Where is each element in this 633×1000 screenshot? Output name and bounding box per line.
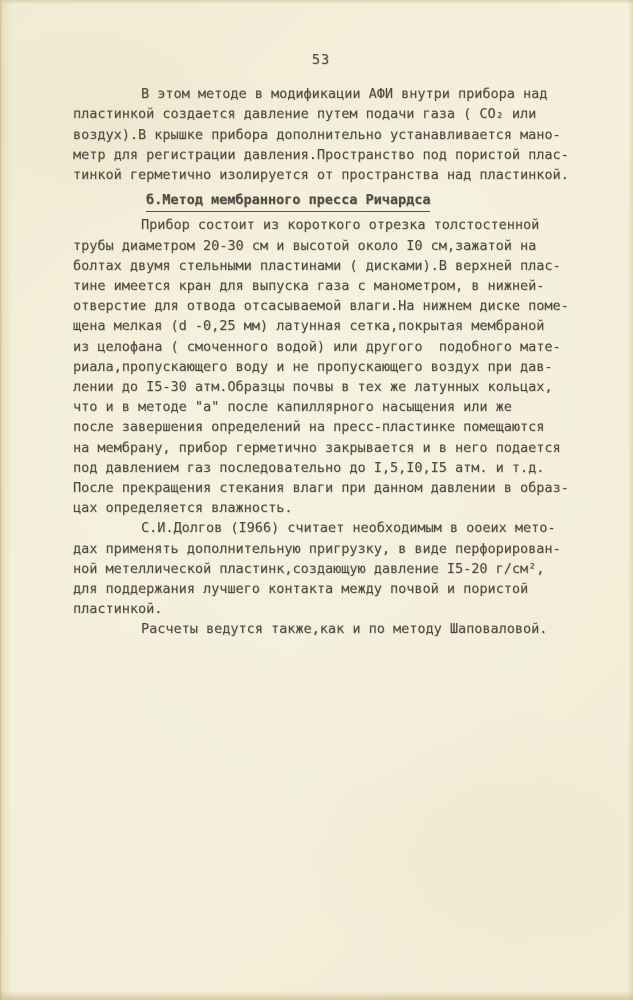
text-line: лении до I5-30 атм.Образцы почвы в тех ж… [73,377,569,397]
text-line: после завершения определений на пресс-пл… [73,417,569,437]
text-line: под давлением газ последовательно до I,5… [73,458,569,478]
paragraph: В этом методе в модификации АФИ внутри п… [73,84,569,185]
text-line: цах определяется влажность. [73,498,569,518]
text-line: тинкой герметично изолируется от простра… [73,165,569,185]
paragraph: С.И.Долгов (I966) считает необходимым в … [73,518,569,619]
text-line: б.Метод мембранного пресса Ричардса [146,190,430,212]
page-edge-bottom [0,991,633,1000]
text-line: пластинкой. [73,599,569,619]
text-line: что и в методе "а" после капиллярного на… [73,397,569,417]
text-line: тине имеется кран для выпуска газа с ман… [73,276,569,296]
text-line: дах применять дополнительную пригрузку, … [73,539,569,559]
text-line: Прибор состоит из короткого отрезка толс… [73,215,569,235]
page-edge-right [628,0,633,1000]
text-line: трубы диаметром 20-30 см и высотой около… [73,236,569,256]
section-heading: б.Метод мембранного пресса Ричардса [73,190,569,212]
text-line: С.И.Долгов (I966) считает необходимым в … [73,518,569,538]
page-content: 53 В этом методе в модификации АФИ внутр… [73,50,569,640]
text-line: на мембрану, прибор герметично закрывает… [73,438,569,458]
text-line: ной метеллической пластинк,создающую дав… [73,559,569,579]
text-line: риала,пропускающего воду и не пропускающ… [73,357,569,377]
page-edge-top [0,0,633,4]
text-block: В этом методе в модификации АФИ внутри п… [73,84,569,639]
paragraph: Расчеты ведутся также,как и по методу Ша… [73,619,569,639]
paragraph: Прибор состоит из короткого отрезка толс… [73,215,569,518]
text-line: воздух).В крышке прибора дополнительно у… [73,125,569,145]
text-line: щена мелкая (d -0,25 мм) латунная сетка,… [73,316,569,336]
text-line: пластинкой создается давление путем пода… [73,104,569,124]
text-line: отверстие для отвода отсасываемой влаги.… [73,296,569,316]
text-line: Расчеты ведутся также,как и по методу Ша… [73,619,569,639]
text-line: из целофана ( смоченного водой) или друг… [73,337,569,357]
text-line: болтах двумя стельными пластинами ( диск… [73,256,569,276]
text-line: метр для регистрации давления.Пространст… [73,145,569,165]
scanned-document-page: 53 В этом методе в модификации АФИ внутр… [0,0,633,1000]
text-line: После прекращения стекания влаги при дан… [73,478,569,498]
page-edge-left [0,0,12,1000]
page-number: 53 [73,50,569,70]
text-line: В этом методе в модификации АФИ внутри п… [73,84,569,104]
text-line: для поддержания лучшего контакта между п… [73,579,569,599]
